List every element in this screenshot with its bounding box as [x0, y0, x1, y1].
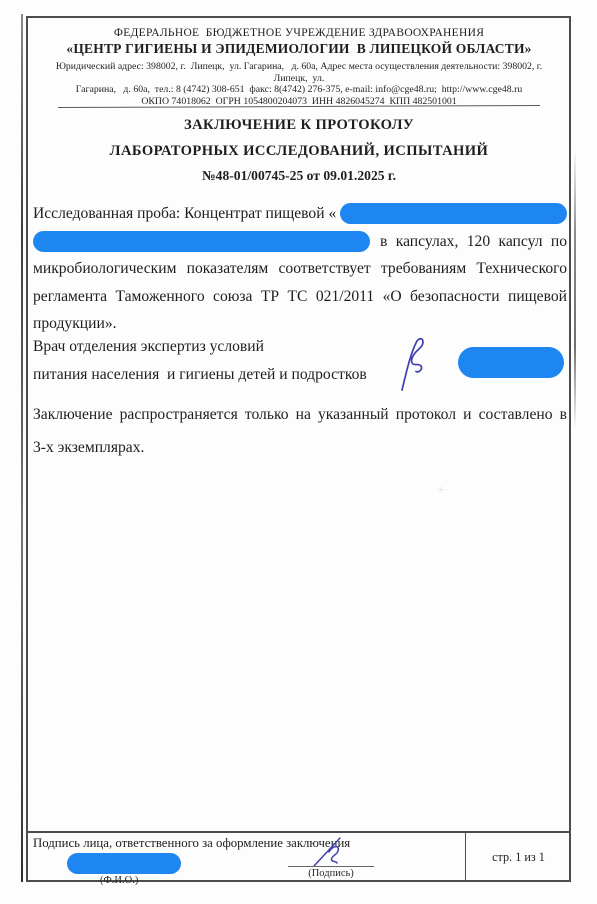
title-line2: ЛАБОРАТОРНЫХ ИССЛЕДОВАНИЙ, ИСПЫТАНИЙ [38, 143, 560, 160]
footer-signature-table: Подпись лица, ответственного за оформлен… [26, 831, 571, 882]
scan-edge-streak-left [21, 14, 23, 882]
body-text-3: микробиологическим показателям соответст… [33, 255, 567, 283]
page-number-cell: стр. 1 из 1 [465, 833, 571, 882]
body-text-4: регламента Таможенного союза ТР ТС 021/2… [33, 283, 567, 311]
scan-edge-streak-right [574, 150, 576, 430]
doctor-signature-block: Врач отделения экспертиз условий питания… [33, 333, 567, 388]
redaction-box-1 [340, 203, 567, 224]
scanned-document-page: + ФЕДЕРАЛЬНОЕ БЮДЖЕТНОЕ УЧРЕЖДЕНИЕ ЗДРАВ… [0, 0, 597, 904]
note-paragraph: Заключение распространяется только на ук… [33, 398, 567, 464]
doctor-signature-icon [393, 333, 435, 403]
org-address-line2: Гагарина, д. 60а, тел.: 8 (4742) 308-651… [38, 84, 560, 96]
redaction-box-doctor-name [458, 347, 564, 378]
conclusion-paragraph: Исследованная проба: Концентрат пищевой … [33, 200, 567, 338]
body-line-1: Исследованная проба: Концентрат пищевой … [33, 200, 567, 228]
redaction-box-2 [33, 231, 370, 252]
title-line1: ЗАКЛЮЧЕНИЕ К ПРОТОКОЛУ [38, 117, 560, 134]
letterhead: ФЕДЕРАЛЬНОЕ БЮДЖЕТНОЕ УЧРЕЖДЕНИЕ ЗДРАВОО… [38, 27, 560, 107]
body-text-1: Исследованная проба: Концентрат пищевой … [33, 200, 336, 228]
note-line2: 3-х экземплярах. [33, 431, 567, 464]
scan-artifact-plus: + [438, 484, 444, 496]
body-line-2: в капсулах, 120 капсул по [33, 228, 567, 256]
document-title: ЗАКЛЮЧЕНИЕ К ПРОТОКОЛУ ЛАБОРАТОРНЫХ ИССЛ… [38, 117, 560, 184]
note-line1: Заключение распространяется только на ук… [33, 398, 567, 431]
redaction-box-fio [67, 853, 181, 874]
footer-signature-icon [302, 835, 362, 867]
signature-label: (Подпись) [288, 868, 374, 879]
org-type-line: ФЕДЕРАЛЬНОЕ БЮДЖЕТНОЕ УЧРЕЖДЕНИЕ ЗДРАВОО… [38, 27, 560, 39]
protocol-number: №48-01/00745-25 от 09.01.2025 г. [38, 168, 560, 184]
fio-label: (Ф.И.О.) [100, 875, 138, 886]
footer-signature-area: (Подпись) [288, 835, 378, 881]
signature-line [288, 866, 374, 867]
org-address-line1: Юридический адрес: 398002, г. Липецк, ул… [38, 61, 560, 84]
org-name: «ЦЕНТР ГИГИЕНЫ И ЭПИДЕМИОЛОГИИ В ЛИПЕЦКО… [38, 41, 560, 57]
body-text-2: в капсулах, 120 капсул по [380, 228, 567, 256]
